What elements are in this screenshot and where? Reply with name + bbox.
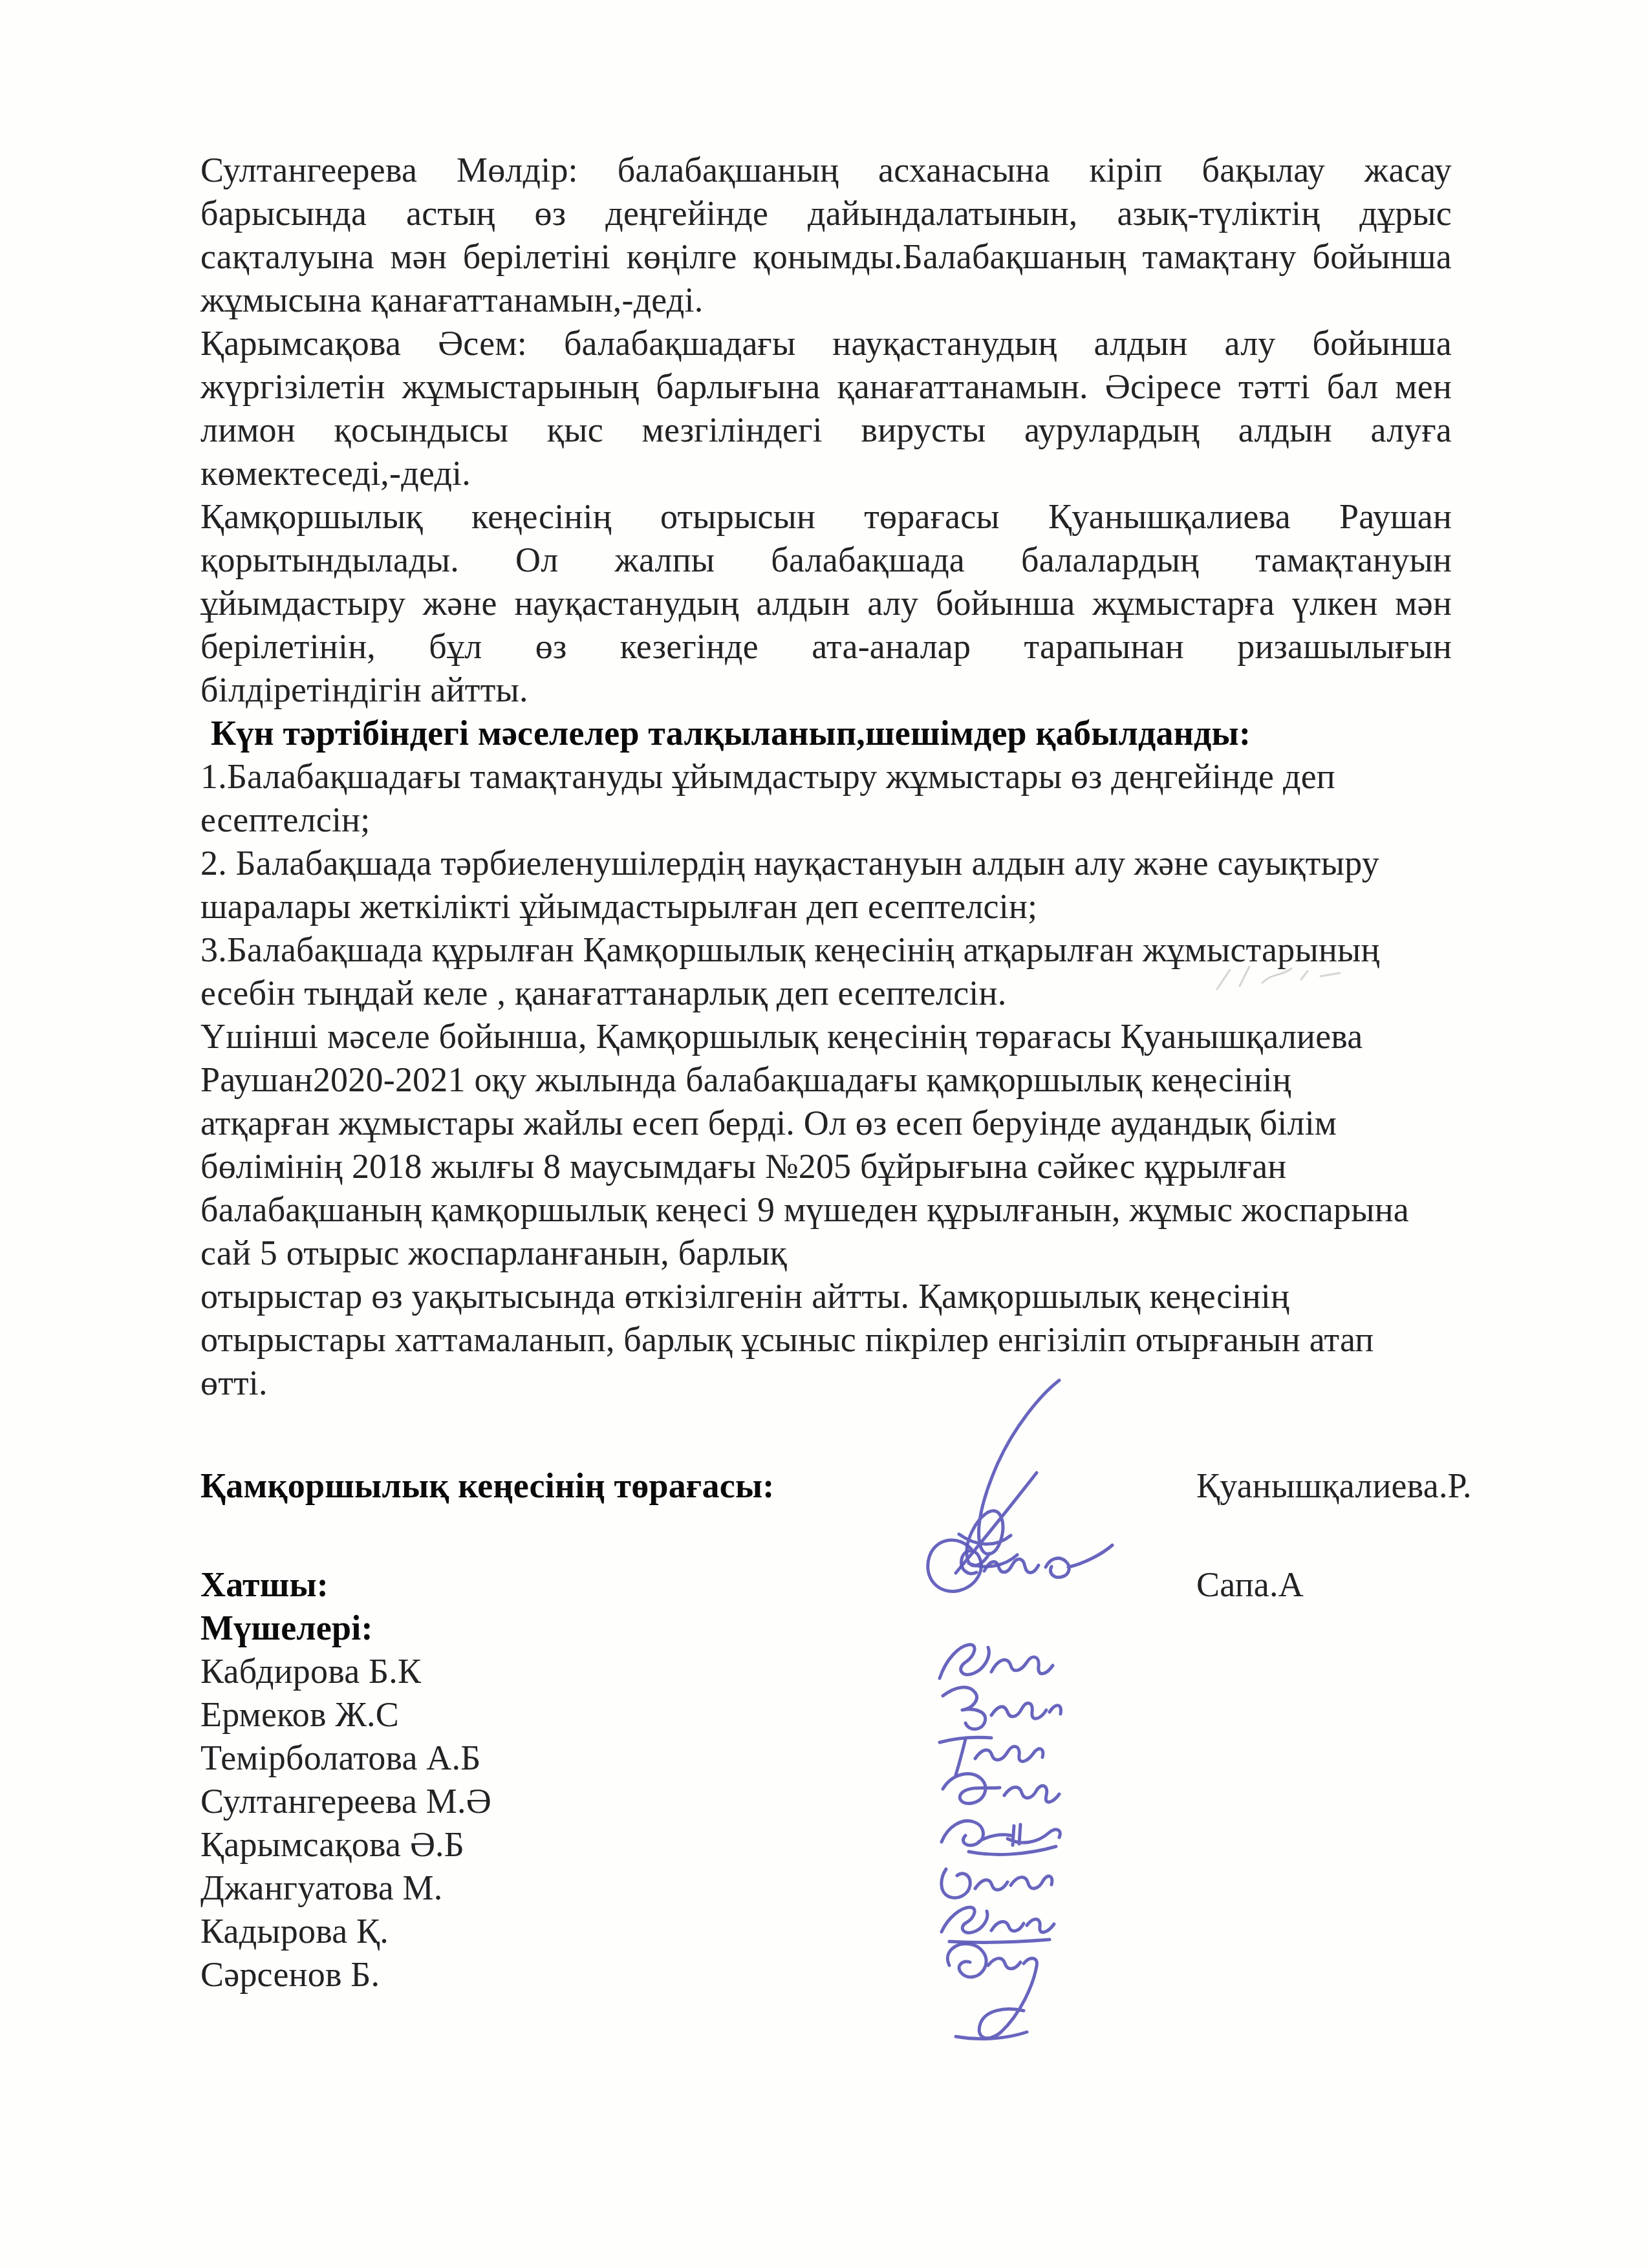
- member-row: Темірболатова А.Б: [200, 1737, 1452, 1780]
- secretary-signature-ink: [913, 1530, 1120, 1614]
- scanned-document-page: Султангеерева Мөлдір: балабақшаның асхан…: [0, 0, 1649, 2268]
- chairman-name: Қуанышқалиева.Р.: [1196, 1464, 1472, 1508]
- report-paragraph-2: отырыстар өз уақытысында өткізілгенін ай…: [200, 1275, 1452, 1405]
- report-paragraph-1: Үшінші мәселе бойынша, Қамқоршылық кеңес…: [200, 1015, 1452, 1275]
- paragraph-speech-karymsakova-last-line: көмектеседі,-деді.: [200, 452, 1452, 495]
- member-name: Темірболатова А.Б: [200, 1738, 480, 1777]
- paragraph-speech-sultangeereva-last-line: жұмысына қанағаттанамын,-деді.: [200, 279, 1452, 322]
- pencil-smudge: [1211, 957, 1379, 1002]
- document-content: Султангеерева Мөлдір: балабақшаның асхан…: [200, 149, 1452, 1996]
- member-signature-ink: [930, 1936, 1066, 2049]
- member-name: Сәрсенов Б.: [200, 1955, 380, 1994]
- paragraph-chairman-summary-last-line: білдіретіндігін айтты.: [200, 669, 1452, 712]
- member-name: Кабдирова Б.К: [200, 1652, 421, 1691]
- member-name: Қарымсақова Ә.Б: [200, 1825, 464, 1864]
- member-name: Кадырова Қ.: [200, 1912, 389, 1951]
- member-row: Сәрсенов Б.: [200, 1953, 1452, 1996]
- paragraph-speech-karymsakova: Қарымсақова Әсем: балабақшадағы науқаста…: [200, 322, 1452, 452]
- secretary-name: Сапа.А: [1196, 1563, 1304, 1607]
- decision-item-1: 1.Балабақшадағы тамақтануды ұйымдастыру …: [200, 755, 1452, 842]
- paragraph-chairman-summary: Қамқоршылық кеңесінің отырысын төрағасы …: [200, 495, 1452, 669]
- member-name: Джангуатова М.: [200, 1868, 442, 1907]
- member-row: Кадырова Қ.: [200, 1910, 1452, 1953]
- paragraph-speech-sultangeereva: Султангеерева Мөлдір: балабақшаның асхан…: [200, 149, 1452, 279]
- member-row: Қарымсақова Ә.Б: [200, 1823, 1452, 1867]
- secretary-signature-row: Хатшы: Сапа.А: [200, 1563, 1452, 1607]
- member-row: Джангуатова М.: [200, 1867, 1452, 1910]
- member-row: Ермеков Ж.С: [200, 1693, 1452, 1737]
- chairman-label: Қамқоршылық кеңесінің төрағасы:: [200, 1466, 774, 1505]
- decision-item-2: 2. Балабақшада тәрбиеленушілердің науқас…: [200, 842, 1452, 928]
- chairman-signature-row: Қамқоршылық кеңесінің төрағасы: Қуанышқа…: [200, 1464, 1452, 1508]
- agenda-heading: Күн тәртібіндегі мәселелер талқыланып,ше…: [200, 712, 1452, 755]
- member-name: Султангереева М.Ә: [200, 1782, 491, 1821]
- member-row: Кабдирова Б.К: [200, 1650, 1452, 1693]
- member-row: Султангереева М.Ә: [200, 1780, 1452, 1823]
- member-name: Ермеков Ж.С: [200, 1695, 399, 1734]
- members-label: Мүшелері:: [200, 1607, 1452, 1650]
- secretary-label: Хатшы:: [200, 1565, 329, 1604]
